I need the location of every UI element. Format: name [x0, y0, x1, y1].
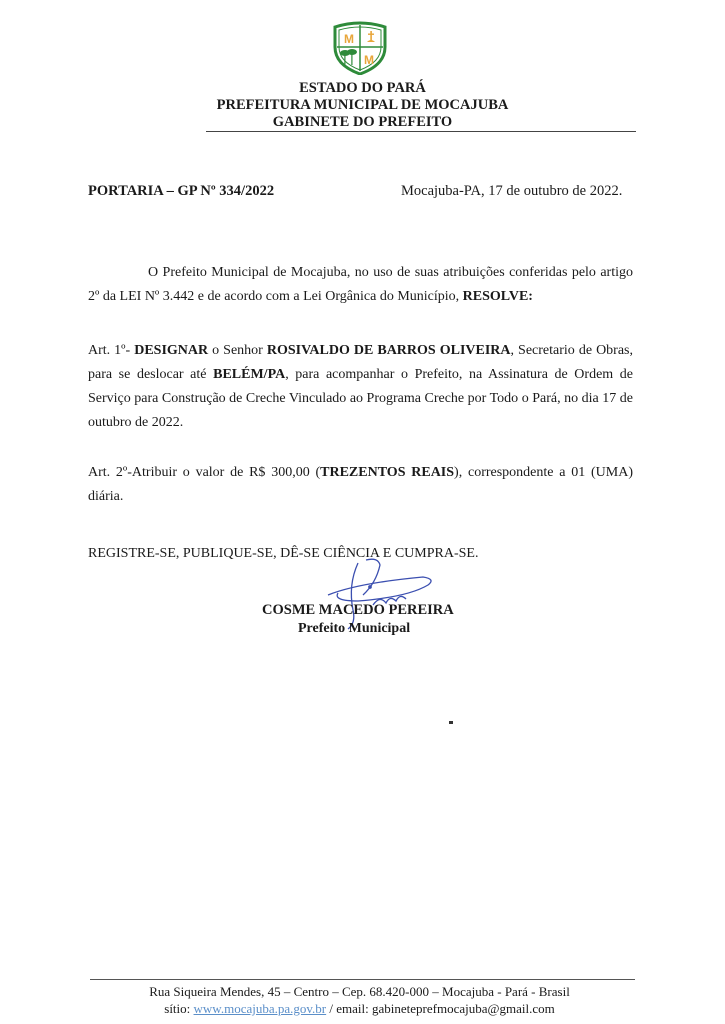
- email-address[interactable]: gabineteprefmocajuba@gmail.com: [372, 1001, 555, 1016]
- scan-artifact: [449, 721, 453, 724]
- art2-prefix: Art. 2º-Atribuir o valor de R$ 300,00 (: [88, 465, 320, 480]
- art1-text-1: o Senhor: [208, 343, 267, 358]
- signatory-name: COSME MACEDO PEREIRA: [262, 602, 454, 619]
- header-office: GABINETE DO PREFEITO: [0, 114, 725, 131]
- resolve-label: RESOLVE:: [463, 289, 533, 304]
- email-label: / email:: [326, 1001, 372, 1016]
- place-date: Mocajuba-PA, 17 de outubro de 2022.: [401, 183, 622, 200]
- header-state: ESTADO DO PARÁ: [0, 80, 725, 97]
- footer-address: Rua Siqueira Mendes, 45 – Centro – Cep. …: [0, 983, 722, 1000]
- intro-text: O Prefeito Municipal de Mocajuba, no uso…: [88, 265, 633, 304]
- article-1: Art. 1º- DESIGNAR o Senhor ROSIVALDO DE …: [88, 339, 633, 435]
- designee-name: ROSIVALDO DE BARROS OLIVEIRA: [267, 343, 511, 358]
- intro-paragraph: O Prefeito Municipal de Mocajuba, no uso…: [88, 261, 633, 309]
- footer-divider: [90, 979, 635, 980]
- header-prefecture: PREFEITURA MUNICIPAL DE MOCAJUBA: [0, 97, 725, 114]
- svg-text:M: M: [344, 32, 354, 46]
- art1-prefix: Art. 1º-: [88, 343, 134, 358]
- portaria-number: PORTARIA – GP Nº 334/2022: [88, 183, 274, 200]
- art1-verb: DESIGNAR: [134, 343, 208, 358]
- article-2: Art. 2º-Atribuir o valor de R$ 300,00 (T…: [88, 461, 633, 509]
- svg-text:M: M: [364, 53, 374, 67]
- signatory-role: Prefeito Municipal: [298, 621, 410, 637]
- header-divider: [206, 131, 636, 132]
- destination: BELÉM/PA: [213, 367, 285, 382]
- amount-words: TREZENTOS REAIS: [320, 465, 454, 480]
- site-label: sítio:: [164, 1001, 193, 1016]
- footer-contact: sítio: www.mocajuba.pa.gov.br / email: g…: [0, 1000, 722, 1017]
- coat-of-arms-logo: M M: [331, 21, 389, 75]
- website-link[interactable]: www.mocajuba.pa.gov.br: [194, 1001, 327, 1016]
